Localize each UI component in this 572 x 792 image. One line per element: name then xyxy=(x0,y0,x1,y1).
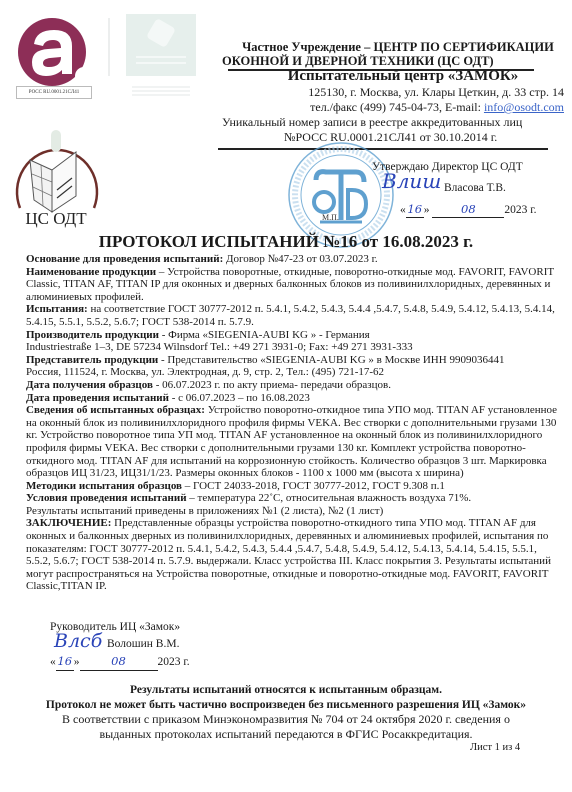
field-value: Industriestraße 1–3, DE 57234 Wilnsdorf … xyxy=(26,341,413,353)
org-address: 125130, г. Москва, ул. Клары Цеткин, д. … xyxy=(228,85,568,100)
approval-day: 16 xyxy=(406,202,424,218)
field-label: ЗАКЛЮЧЕНИЕ: xyxy=(26,517,111,529)
approval-year: 2023 г. xyxy=(504,204,536,216)
field-label: Основание для проведения испытаний: xyxy=(26,253,223,265)
faded-partner-logo xyxy=(126,14,196,76)
field-label: Методики испытания образцов xyxy=(26,480,182,492)
footer-reproduction-note: Протокол не может быть частично воспроиз… xyxy=(0,698,572,713)
logo-divider xyxy=(108,18,110,76)
lab-head-day: 16 xyxy=(56,653,74,671)
protocol-title: ПРОТОКОЛ ИСПЫТАНИЙ №16 от 16.08.2023 г. xyxy=(0,232,572,252)
protocol-field: Industriestraße 1–3, DE 57234 Wilnsdorf … xyxy=(26,341,558,354)
field-value: – температура 22˚С, относительная влажно… xyxy=(187,492,472,504)
protocol-field: Россия, 111524, г. Москва, ул. Электродн… xyxy=(26,366,558,379)
protocol-field: Дата получения образцов - 06.07.2023 г. … xyxy=(26,379,558,392)
protocol-field: Сведения об испытанных образцах: Устройс… xyxy=(26,404,558,480)
protocol-field: Методики испытания образцов – ГОСТ 24033… xyxy=(26,480,558,493)
footer-results-note: Результаты испытаний относятся к испытан… xyxy=(0,683,572,698)
org-name-line2: ОКОННОЙ И ДВЕРНОЙ ТЕХНИКИ (ЦС ОДТ) xyxy=(222,54,568,68)
lab-head-date: «16»082023 г. xyxy=(50,653,310,671)
field-value: - с 06.07.2023 – по 16.08.2023 xyxy=(169,392,310,404)
field-label: Дата проведения испытаний xyxy=(26,392,169,404)
field-value: Результаты испытаний приведены в приложе… xyxy=(26,505,383,517)
field-value: Россия, 111524, г. Москва, ул. Электродн… xyxy=(26,366,384,378)
lab-head-signature-block: Руководитель ИЦ «Замок» Влсб Волошин В.М… xyxy=(50,619,310,671)
accreditation-logo xyxy=(14,14,94,94)
field-value: - Представительство «SIEGENIA-AUBI KG » … xyxy=(158,354,504,366)
protocol-field: Основание для проведения испытаний: Дого… xyxy=(26,253,558,266)
field-label: Испытания: xyxy=(26,303,88,315)
org-name-line1: Частное Учреждение – ЦЕНТР ПО СЕРТИФИКАЦ… xyxy=(228,40,568,54)
svg-text:ЦС ОДТ: ЦС ОДТ xyxy=(25,209,87,228)
protocol-field: Условия проведения испытаний – температу… xyxy=(26,492,558,505)
field-value: - Фирма «SIEGENIA-AUBI KG » - Германия xyxy=(159,329,370,341)
registry-line1: Уникальный номер записи в реестре аккред… xyxy=(222,115,568,130)
approval-date: «16» 082023 г. xyxy=(372,202,568,218)
field-label: Наименование продукции xyxy=(26,266,156,278)
organization-header: Частное Учреждение – ЦЕНТР ПО СЕРТИФИКАЦ… xyxy=(228,40,568,145)
protocol-field: Испытания: на соответствие ГОСТ 30777-20… xyxy=(26,303,558,328)
protocol-field: Результаты испытаний приведены в приложе… xyxy=(26,505,558,518)
approval-block: Утверждаю Директор ЦС ОДТ Влиш Власова Т… xyxy=(372,160,568,218)
lab-head-year: 2023 г. xyxy=(158,656,190,668)
lab-head-month: 08 xyxy=(80,653,158,671)
email-link[interactable]: info@osodt.com xyxy=(484,100,564,114)
field-value: – ГОСТ 24033-2018, ГОСТ 30777-2012, ГОСТ… xyxy=(182,480,445,492)
field-label: Условия проведения испытаний xyxy=(26,492,187,504)
approval-month: 08 xyxy=(432,202,504,218)
field-value: - 06.07.2023 г. по акту приема- передачи… xyxy=(153,379,391,391)
field-value: Договор №47-23 от 03.07.2023 г. xyxy=(223,253,377,265)
org-contacts: тел./факс (499) 745-04-73, E-mail: info@… xyxy=(228,100,568,115)
protocol-body: Основание для проведения испытаний: Дого… xyxy=(26,253,558,593)
protocol-field: ЗАКЛЮЧЕНИЕ: Представленные образцы устро… xyxy=(26,517,558,593)
footer-fgis-note-1: В соответствии с приказом Минэкономразви… xyxy=(0,712,572,727)
field-value: на соответствие ГОСТ 30777-2012 п. 5.4.1… xyxy=(26,303,555,328)
field-label: Сведения об испытанных образцах: xyxy=(26,404,205,416)
protocol-field: Наименование продукции – Устройства пово… xyxy=(26,266,558,304)
footer-fgis-note-2: выданных протоколах испытаний передаются… xyxy=(0,727,572,742)
protocol-field: Производитель продукции - Фирма «SIEGENI… xyxy=(26,329,558,342)
svg-text:М.П.: М.П. xyxy=(322,213,339,222)
protocol-field: Дата проведения испытаний - с 06.07.2023… xyxy=(26,392,558,405)
field-label: Дата получения образцов xyxy=(26,379,153,391)
protocol-footer: Результаты испытаний относятся к испытан… xyxy=(0,683,572,741)
accreditation-number-badge: РОСС RU.0001.21СЛ41 xyxy=(16,86,92,99)
page-number: Лист 1 из 4 xyxy=(470,742,520,753)
lab-head-signature: Влсб xyxy=(54,633,102,650)
director-signature: Влиш xyxy=(382,174,441,189)
protocol-field: Представитель продукции - Представительс… xyxy=(26,354,558,367)
field-label: Представитель продукции xyxy=(26,354,158,366)
field-label: Производитель продукции xyxy=(26,329,159,341)
faded-logo-caption xyxy=(128,84,194,96)
csodt-logo: ЦС ОДТ xyxy=(10,122,102,230)
header-rule xyxy=(228,69,534,71)
